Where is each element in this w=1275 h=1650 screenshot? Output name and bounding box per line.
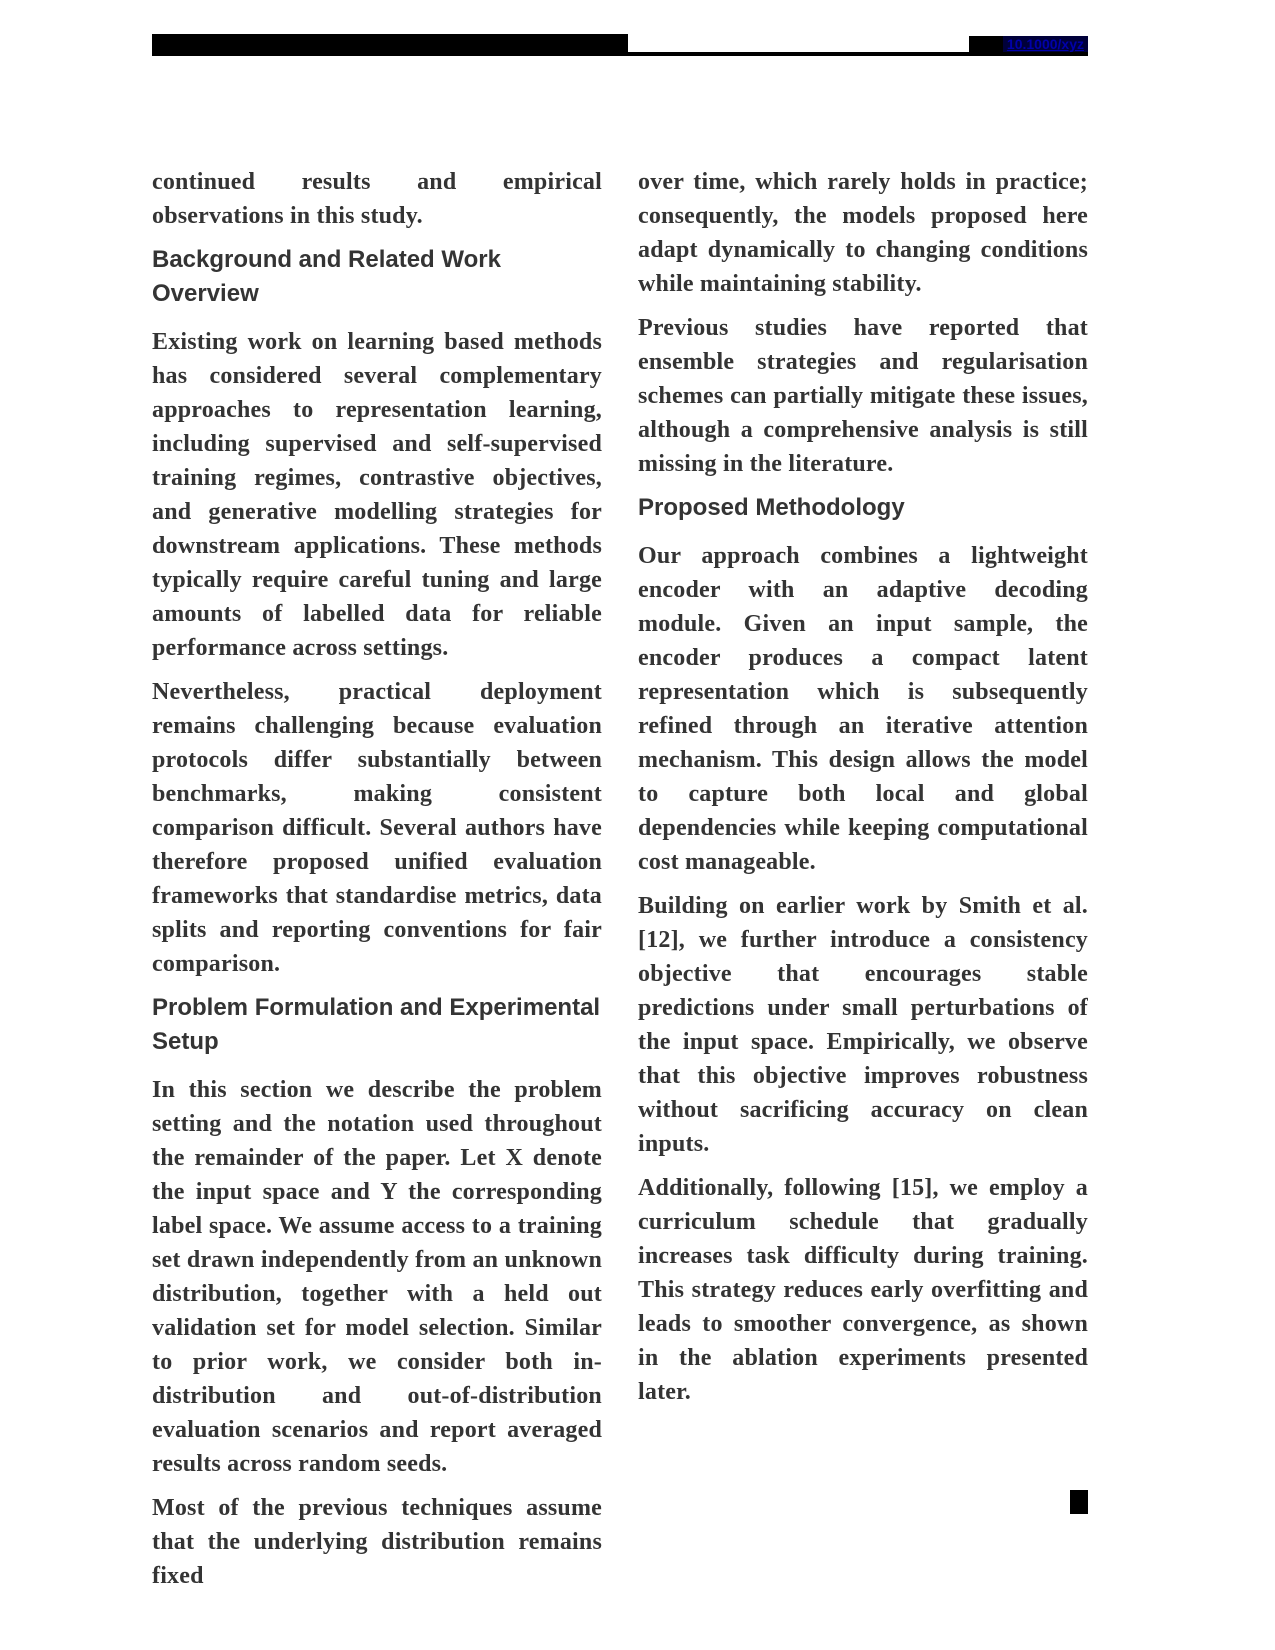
section-heading: Proposed Methodology: [638, 491, 1088, 525]
doi-label: DOI:: [969, 36, 1003, 52]
paragraph: Previous studies have reported that ense…: [638, 311, 1088, 481]
right-column: over time, which rarely holds in practic…: [638, 165, 1088, 1603]
paragraph: Nevertheless, practical deployment remai…: [152, 675, 602, 981]
paragraph: Most of the previous techniques assume t…: [152, 1491, 602, 1593]
section-heading: Problem Formulation and Experimental Set…: [152, 991, 602, 1059]
header-right: DOI: 10.1000/xyz: [969, 36, 1088, 52]
running-title: Journal of Advanced Research in Computat…: [152, 34, 628, 52]
left-column: continued results and empirical observat…: [152, 165, 602, 1603]
doi-link[interactable]: 10.1000/xyz: [1003, 36, 1088, 52]
paragraph: over time, which rarely holds in practic…: [638, 165, 1088, 301]
running-header: Journal of Advanced Research in Computat…: [152, 30, 1088, 56]
lead-paragraph: continued results and empirical observat…: [152, 165, 602, 233]
body-columns: continued results and empirical observat…: [152, 165, 1088, 1603]
section-heading: Background and Related Work Overview: [152, 243, 602, 311]
paragraph: Additionally, following [15], we employ …: [638, 1171, 1088, 1409]
paragraph: Existing work on learning based methods …: [152, 325, 602, 665]
paragraph: Our approach combines a lightweight enco…: [638, 539, 1088, 879]
paragraph: Building on earlier work by Smith et al.…: [638, 889, 1088, 1161]
paragraph: In this section we describe the problem …: [152, 1073, 602, 1481]
page-number: 7: [1070, 1490, 1088, 1514]
